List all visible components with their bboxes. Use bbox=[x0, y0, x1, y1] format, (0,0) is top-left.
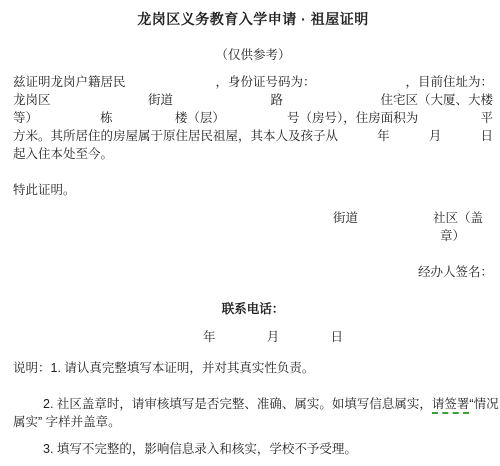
date-year-label: 年 bbox=[203, 328, 216, 346]
etc-label: 等） bbox=[13, 109, 38, 127]
closing-statement: 特此证明。 bbox=[13, 181, 493, 199]
room-number-area-label: 号（房号），住房面积为 bbox=[287, 109, 418, 127]
spellcheck-underlined-text: 请签署 bbox=[432, 397, 470, 414]
note-item-2-text: 2. 社区盖章时，请审核填写是否完整、准确、属实。如填写信息属实， bbox=[43, 397, 432, 411]
street-label: 街道 bbox=[148, 91, 173, 109]
document-subtitle: （仅供参考） bbox=[13, 46, 493, 64]
resident-name-label: 兹证明龙岗户籍居民 bbox=[13, 73, 126, 91]
signature-street-community-line: 街道 社区（盖 bbox=[333, 209, 483, 227]
square-label: 平 bbox=[480, 109, 493, 127]
date-day-label: 日 bbox=[330, 328, 343, 346]
floor-label: 楼（层） bbox=[175, 109, 225, 127]
current-address-label: ，目前住址为： bbox=[405, 73, 493, 91]
notes-section: 说明：1. 请认真完整填写本证明，并对其真实性负责。 2. 社区盖章时，请审核填… bbox=[13, 359, 493, 458]
signature-community-seal-label: 社区（盖 bbox=[433, 209, 483, 227]
building-label: 栋 bbox=[100, 109, 113, 127]
certificate-document: 龙岗区义务教育入学申请 · 祖屋证明 （仅供参考） 兹证明龙岗户籍居民 ，身份证… bbox=[0, 0, 500, 466]
certificate-body-paragraph: 兹证明龙岗户籍居民 ，身份证号码为： ，目前住址为： 龙岗区 街道 路 住宅区（… bbox=[13, 73, 493, 163]
body-line-residing-since: 起入住本处至今。 bbox=[13, 145, 493, 163]
residential-area-label: 住宅区（大厦、大楼 bbox=[380, 91, 493, 109]
id-number-label: ，身份证号码为： bbox=[215, 73, 315, 91]
signature-block: 街道 社区（盖 章） bbox=[333, 209, 483, 245]
body-line-building: 等） 栋 楼（层） 号（房号），住房面积为 平 bbox=[13, 109, 493, 127]
day-label: 日 bbox=[480, 127, 493, 145]
year-label: 年 bbox=[377, 127, 390, 145]
date-line: 年 月 日 bbox=[203, 328, 343, 346]
body-line-address: 龙岗区 街道 路 住宅区（大厦、大楼 bbox=[13, 91, 493, 109]
road-label: 路 bbox=[270, 91, 283, 109]
ancestral-house-statement: 方米。其所居住的房屋属于原住居民祖屋，其本人及孩子从 bbox=[13, 127, 338, 145]
agent-signature-label: 经办人签名： bbox=[13, 263, 493, 281]
body-line-move-in-date: 方米。其所居住的房屋属于原住居民祖屋，其本人及孩子从 年 月 日 bbox=[13, 127, 493, 145]
contact-phone-label: 联系电话： bbox=[13, 300, 493, 318]
district-label: 龙岗区 bbox=[13, 91, 51, 109]
signature-street-label: 街道 bbox=[333, 209, 358, 227]
month-label: 月 bbox=[429, 127, 442, 145]
note-item-2-line-2: 属实” 字样并盖章。 bbox=[13, 413, 493, 431]
signature-seal-wrap-label: 章） bbox=[333, 227, 483, 245]
document-title: 龙岗区义务教育入学申请 · 祖屋证明 bbox=[13, 9, 493, 29]
note-item-3: 3. 填写不完整的，影响信息录入和核实，学校不予受理。 bbox=[13, 440, 493, 458]
note-item-1: 说明：1. 请认真完整填写本证明，并对其真实性负责。 bbox=[13, 359, 493, 377]
note-item-2-line-1: 2. 社区盖章时，请审核填写是否完整、准确、属实。如填写信息属实，请签署“情况 bbox=[13, 395, 493, 413]
body-line-resident: 兹证明龙岗户籍居民 ，身份证号码为： ，目前住址为： bbox=[13, 73, 493, 91]
note-item-2-text-continued: “情况 bbox=[469, 397, 498, 411]
date-month-label: 月 bbox=[267, 328, 280, 346]
